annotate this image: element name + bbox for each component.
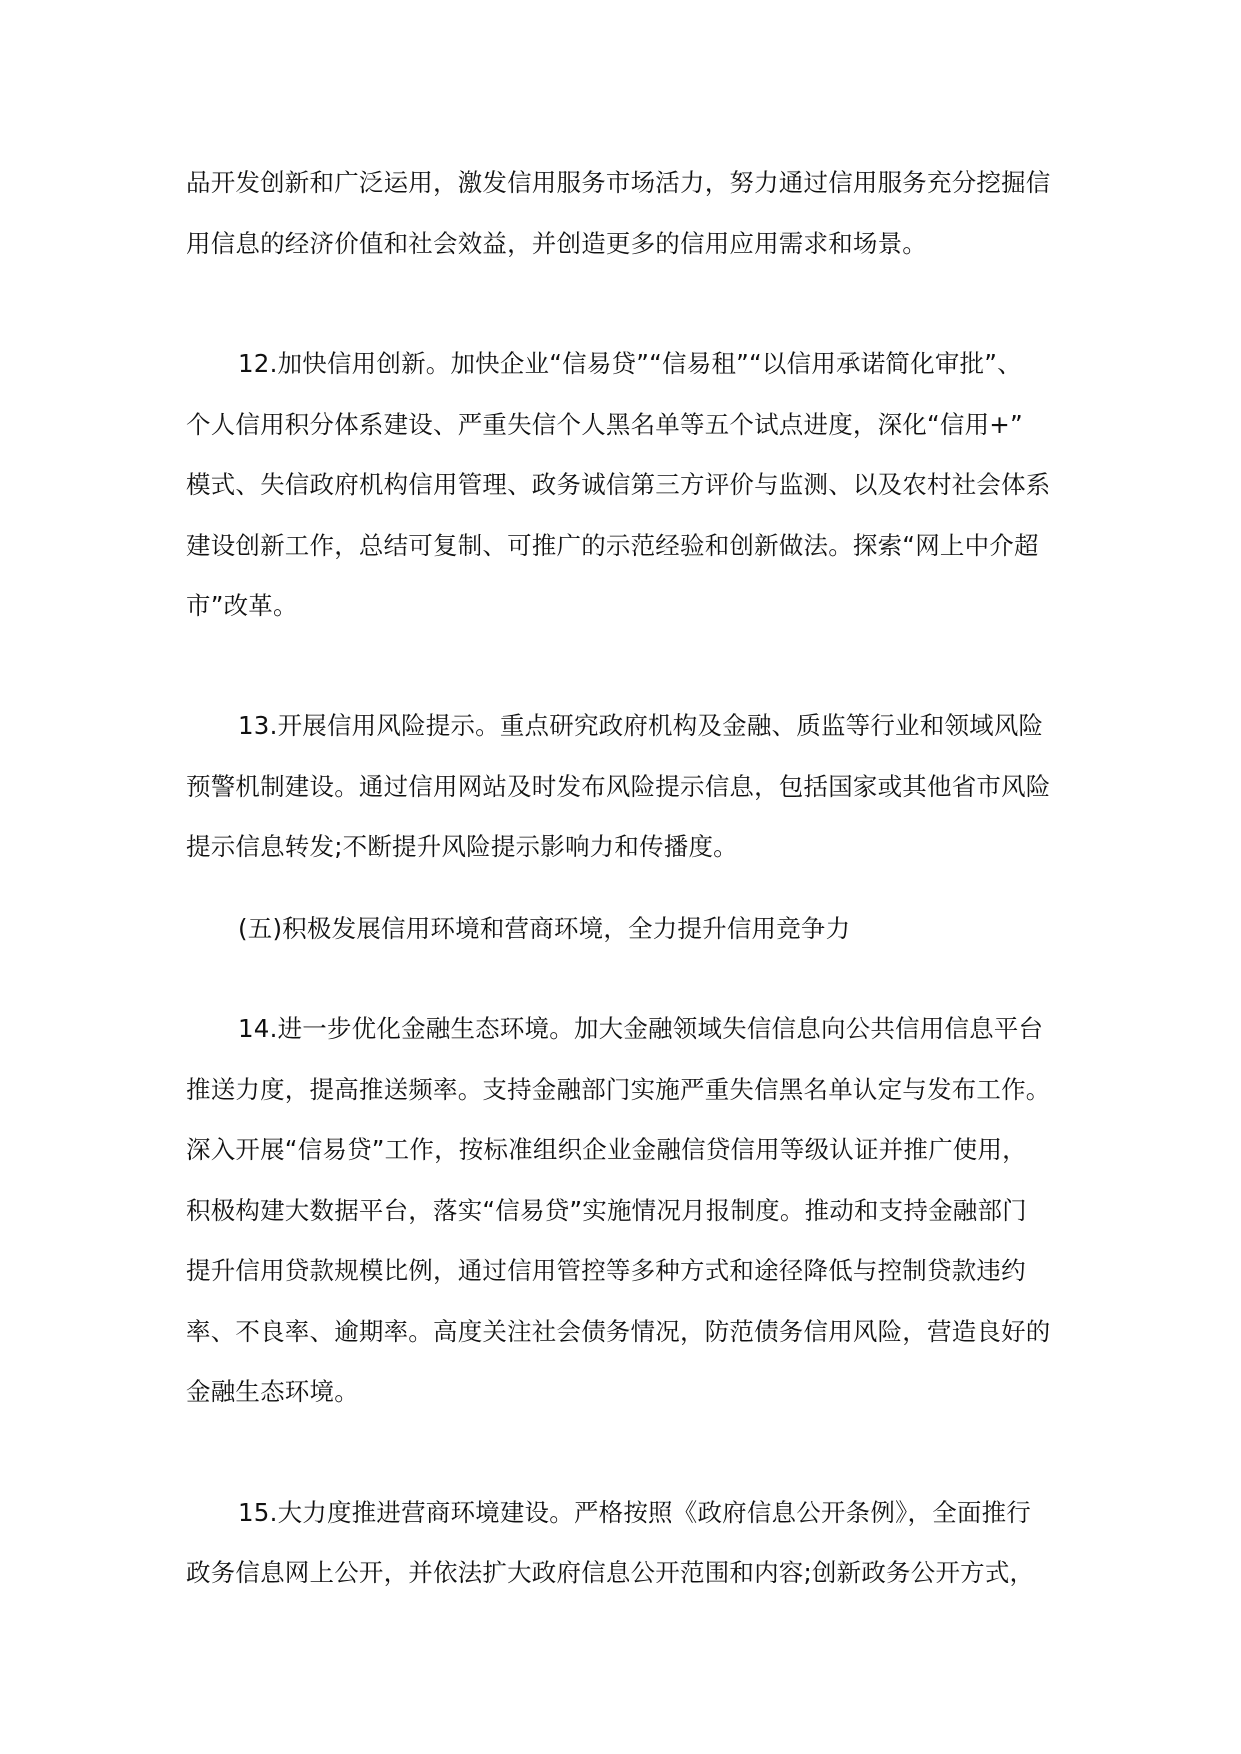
text-line: 个人信用积分体系建设、严重失信个人黑名单等五个试点进度，深化“信用+” bbox=[186, 410, 1023, 440]
text-line: 金融生态环境。 bbox=[186, 1377, 359, 1407]
text-line: 积极构建大数据平台，落实“信易贷”实施情况月报制度。推动和支持金融部门 bbox=[186, 1196, 1027, 1226]
section-heading-text: (五)积极发展信用环境和营商环境，全力提升信用竞争力 bbox=[238, 914, 850, 944]
text-line: 模式、失信政府机构信用管理、政务诚信第三方评价与监测、以及农村社会体系 bbox=[186, 470, 1051, 500]
text-line: 政务信息网上公开，并依法扩大政府信息公开范围和内容;创新政务公开方式， bbox=[186, 1558, 1034, 1588]
text-line: 预警机制建设。通过信用网站及时发布风险提示信息，包括国家或其他省市风险 bbox=[186, 772, 1051, 802]
text-line: 13.开展信用风险提示。重点研究政府机构及金融、质监等行业和领域风险 bbox=[238, 711, 1043, 741]
text-line: 14.进一步优化金融生态环境。加大金融领域失信信息向公共信用信息平台 bbox=[238, 1014, 1043, 1044]
text-line: 品开发创新和广泛运用，激发信用服务市场活力，努力通过信用服务充分挖掘信 bbox=[186, 168, 1051, 198]
text-line: 提示信息转发;不断提升风险提示影响力和传播度。 bbox=[186, 832, 738, 862]
text-line: 推送力度，提高推送频率。支持金融部门实施严重失信黑名单认定与发布工作。 bbox=[186, 1075, 1051, 1105]
text-line: 12.加快信用创新。加快企业“信易贷”“信易租”“以信用承诺简化审批”、 bbox=[238, 349, 1022, 379]
text-line: 提升信用贷款规模比例，通过信用管控等多种方式和途径降低与控制贷款违约 bbox=[186, 1256, 1026, 1286]
text-line: 15.大力度推进营商环境建设。严格按照《政府信息公开条例》，全面推行 bbox=[238, 1498, 1031, 1528]
text-line: 市”改革。 bbox=[186, 591, 298, 621]
text-line: 用信息的经济价值和社会效益，并创造更多的信用应用需求和场景。 bbox=[186, 229, 927, 259]
text-line: 建设创新工作，总结可复制、可推广的示范经验和创新做法。探索“网上中介超 bbox=[186, 531, 1039, 561]
text-line: 深入开展“信易贷”工作，按标准组织企业金融信贷信用等级认证并推广使用， bbox=[186, 1135, 1027, 1165]
text-line: 率、不良率、逾期率。高度关注社会债务情况，防范债务信用风险，营造良好的 bbox=[186, 1317, 1051, 1347]
